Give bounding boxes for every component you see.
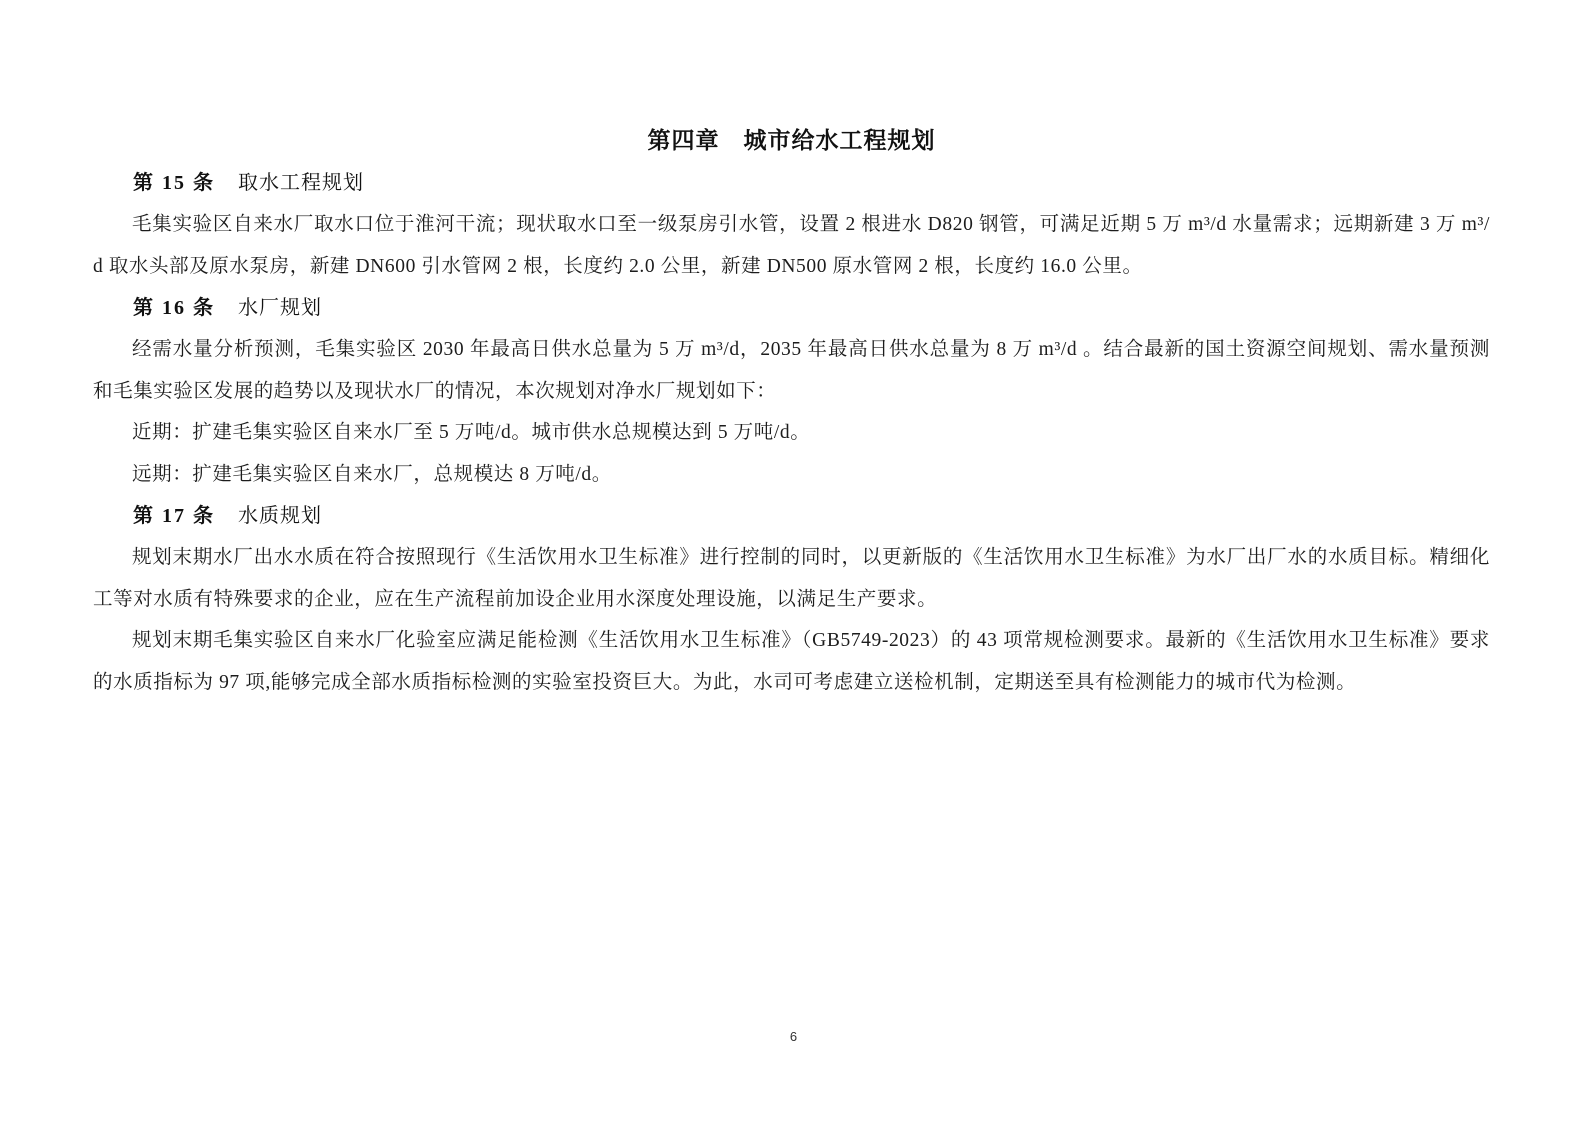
article-17-heading: 第 17 条 水质规划 [93, 495, 1490, 537]
article-16-paragraph-1: 经需水量分析预测，毛集实验区 2030 年最高日供水总量为 5 万 m³/d，2… [93, 329, 1490, 412]
document-page: 第四章 城市给水工程规划 第 15 条 取水工程规划 毛集实验区自来水厂取水口位… [0, 0, 1587, 1122]
article-17-title: 水质规划 [238, 505, 322, 527]
article-17-paragraph-2: 规划末期毛集实验区自来水厂化验室应满足能检测《生活饮用水卫生标准》（GB5749… [93, 620, 1490, 703]
article-17-paragraph-1: 规划末期水厂出水水质在符合按照现行《生活饮用水卫生标准》进行控制的同时，以更新版… [93, 537, 1490, 620]
article-15-number: 第 15 条 [133, 172, 215, 194]
chapter-title: 第四章 城市给水工程规划 [93, 120, 1490, 162]
article-15-heading: 第 15 条 取水工程规划 [93, 162, 1490, 204]
article-15-paragraph-1: 毛集实验区自来水厂取水口位于淮河干流；现状取水口至一级泵房引水管，设置 2 根进… [93, 204, 1490, 287]
article-15-title: 取水工程规划 [238, 172, 364, 194]
page-number: 6 [0, 1029, 1587, 1044]
section-article-17: 第 17 条 水质规划 规划末期水厂出水水质在符合按照现行《生活饮用水卫生标准》… [93, 495, 1490, 703]
article-16-heading: 第 16 条 水厂规划 [93, 287, 1490, 329]
article-16-title: 水厂规划 [238, 297, 322, 319]
article-17-number: 第 17 条 [133, 505, 215, 527]
article-16-paragraph-3: 远期：扩建毛集实验区自来水厂，总规模达 8 万吨/d。 [93, 454, 1490, 496]
section-article-16: 第 16 条 水厂规划 经需水量分析预测，毛集实验区 2030 年最高日供水总量… [93, 287, 1490, 495]
article-16-number: 第 16 条 [133, 297, 215, 319]
article-16-paragraph-2: 近期：扩建毛集实验区自来水厂至 5 万吨/d。城市供水总规模达到 5 万吨/d。 [93, 412, 1490, 454]
section-article-15: 第 15 条 取水工程规划 毛集实验区自来水厂取水口位于淮河干流；现状取水口至一… [93, 162, 1490, 287]
